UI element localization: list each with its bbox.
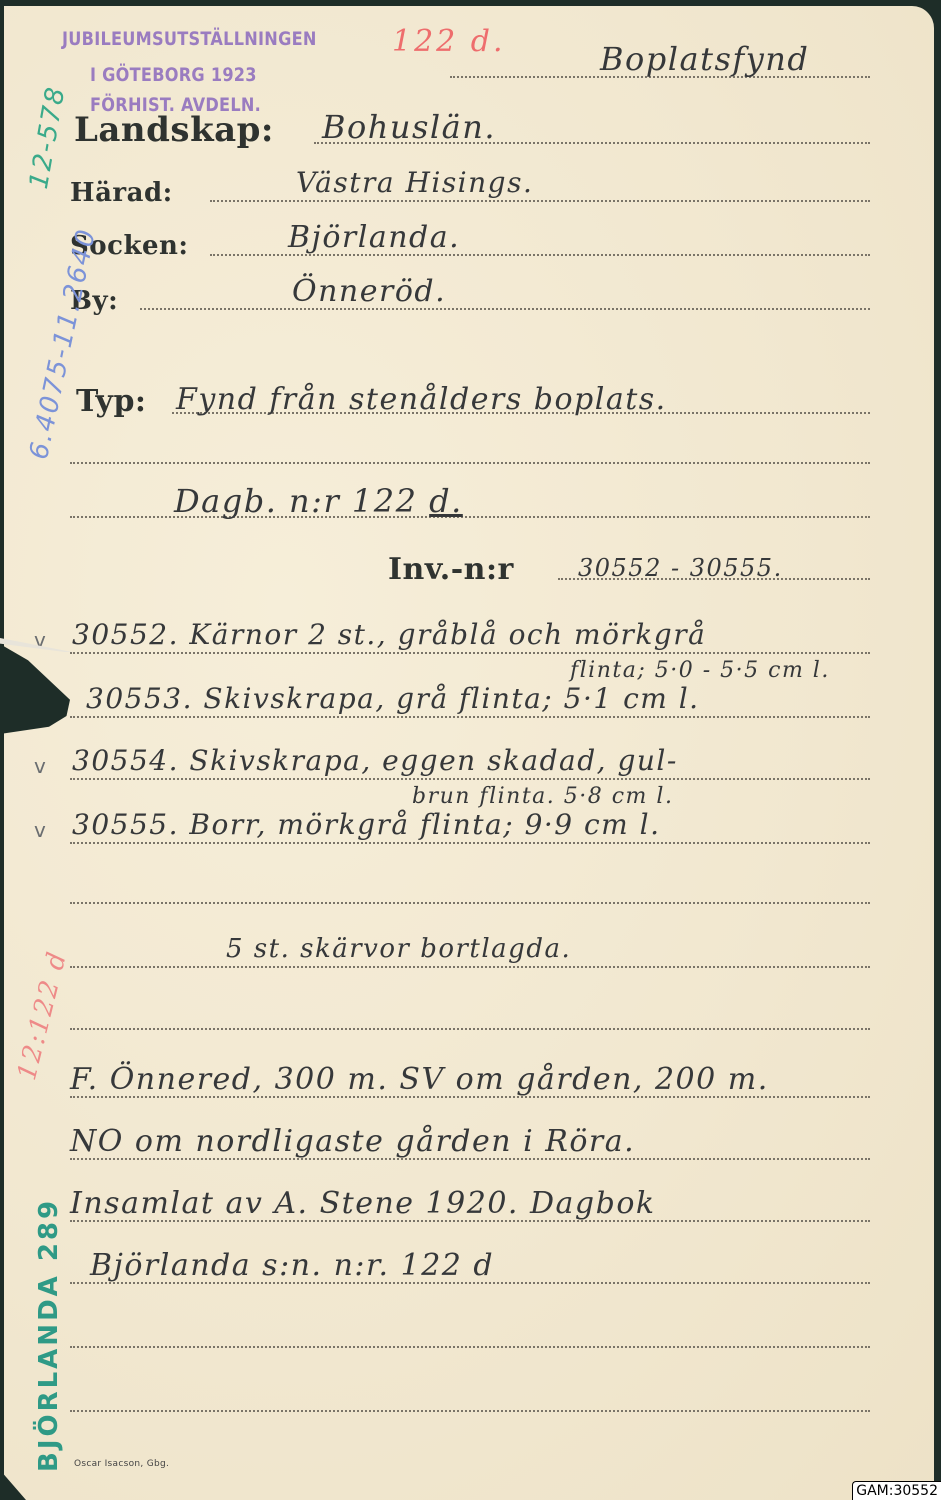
item-3-number: 30554. [72,744,179,777]
dagbok-text: Dagb. n:r 122 d. [174,482,463,520]
harad-label: Härad: [70,178,173,208]
findspot-line-4: Björlanda s:n. n:r. 122 d [90,1248,494,1283]
blank-line-2 [70,902,870,904]
item-1-main: 30552. Kärnor 2 st., gråblå och mörkgrå [72,618,706,651]
category-value: Boplatsfynd [600,40,809,78]
green-margin-note: 12-578 [24,83,72,191]
discarded-note: 5 st. skärvor bortlagda. [226,934,571,964]
item-3-line [70,778,870,780]
inventory-label: Inv.-n:r [388,552,514,587]
green-parish-stamp: BJÖRLANDA 289 [34,1198,64,1472]
discarded-line [70,966,870,968]
blank-line-1 [70,462,870,464]
item-2-number: 30553. [86,682,193,715]
item-2-main: 30553. Skivskrapa, grå flinta; 5·1 cm l. [86,682,700,715]
item-4-main: 30555. Borr, mörkgrå flinta; 9·9 cm l. [72,808,660,841]
item-3-desc-cont: brun flinta. 5·8 cm l. [412,784,673,809]
item-2-desc: Skivskrapa, grå flinta; 5·1 cm l. [203,682,699,715]
harad-line [210,200,870,202]
socken-value: Björlanda. [288,220,460,255]
inventory-value: 30552 - 30555. [578,554,783,582]
findspot-line-3: Insamlat av A. Stene 1920. Dagbok [70,1186,656,1221]
item-4-desc: Borr, mörkgrå flinta; 9·9 cm l. [189,808,660,841]
item-4-check: v [34,818,46,842]
item-3-desc: Skivskrapa, eggen skadad, gul- [189,744,677,777]
stamp-line-2: I GÖTEBORG 1923 [90,64,257,86]
typ-value: Fynd från stenålders boplats. [176,382,667,417]
dagbok-suffix: d. [429,482,463,520]
blank-line-5 [70,1410,870,1412]
item-1-desc: Kärnor 2 st., gråblå och mörkgrå [189,618,706,651]
by-line [140,308,870,310]
landskap-value: Bohuslän. [322,108,496,146]
dagbok-number: Dagb. n:r 122 [174,482,417,520]
findspot-line-1: F. Önnered, 300 m. SV om gården, 200 m. [70,1062,769,1097]
findspot-line-2: NO om nordligaste gården i Röra. [70,1124,635,1159]
landskap-label: Landskap: [74,110,274,150]
red-margin-note: 12:122 d [12,948,73,1084]
item-1-desc-cont: flinta; 5·0 - 5·5 cm l. [570,658,830,683]
item-3-main: 30554. Skivskrapa, eggen skadad, gul- [72,744,678,777]
typ-label: Typ: [76,384,147,419]
red-number-note: 122 d. [392,24,506,59]
item-1-number: 30552. [72,618,179,651]
catalog-card: JUBILEUMSUTSTÄLLNINGEN I GÖTEBORG 1923 F… [4,6,934,1500]
stamp-line-1: JUBILEUMSUTSTÄLLNINGEN [62,28,317,50]
blank-line-4 [70,1346,870,1348]
catalog-id-tag: GAM:30552 [852,1481,941,1500]
blue-margin-note: 6.4075-11.2640 [24,225,102,462]
item-4-line [70,842,870,844]
item-2-line [70,716,870,718]
item-4-number: 30555. [72,808,179,841]
item-1-line [70,652,870,654]
by-value: Önneröd. [292,274,446,309]
harad-value: Västra Hisings. [296,166,533,199]
printer-imprint: Oscar Isacson, Gbg. [74,1459,169,1469]
blank-line-3 [70,1028,870,1030]
item-3-check: v [34,754,46,778]
